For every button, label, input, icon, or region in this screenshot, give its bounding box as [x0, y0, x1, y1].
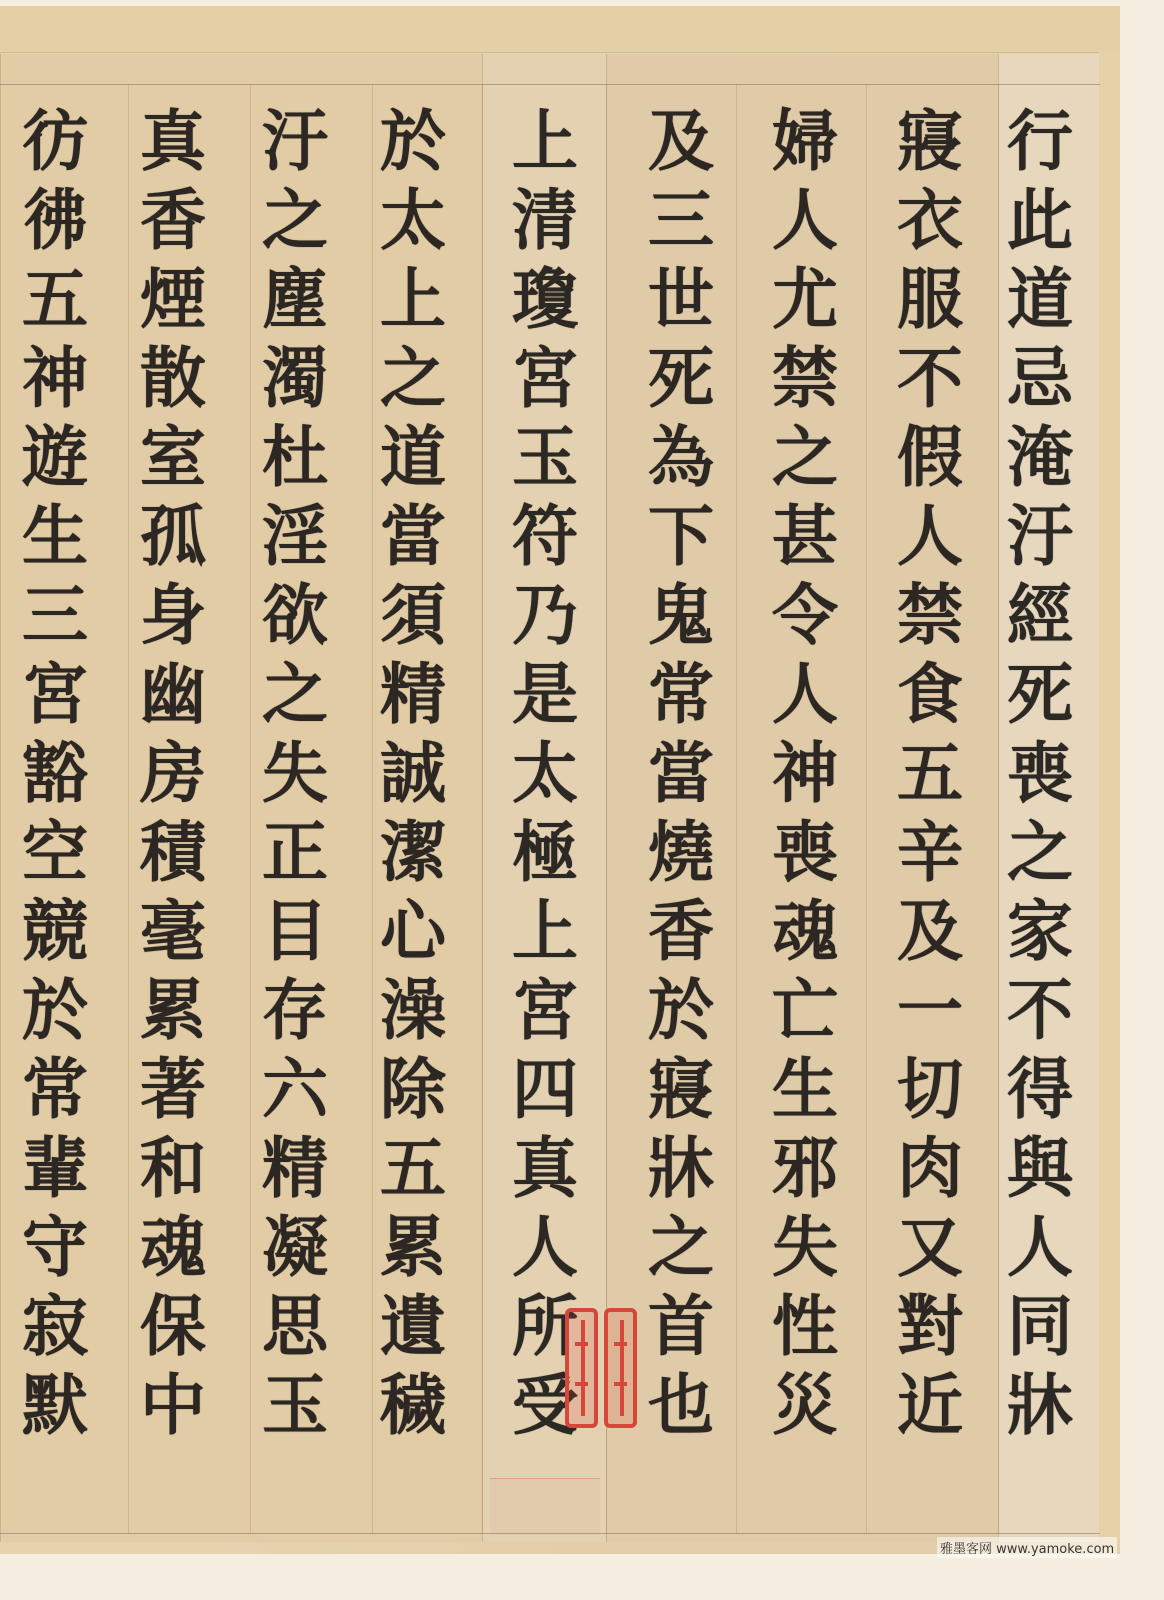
calligraphy-character: 玉 [262, 1366, 328, 1445]
calligraphy-character: 散 [140, 339, 206, 418]
calligraphy-character: 累 [380, 1208, 446, 1287]
column-divider [482, 84, 483, 1534]
calligraphy-character: 人 [1007, 1208, 1073, 1287]
calligraphy-character: 塵 [262, 260, 328, 339]
calligraphy-character: 邪 [772, 1129, 838, 1208]
calligraphy-character: 之 [1007, 813, 1073, 892]
calligraphy-character: 守 [22, 1208, 88, 1287]
calligraphy-character: 極 [512, 813, 578, 892]
calligraphy-character: 和 [140, 1129, 206, 1208]
text-column-1: 行此道忌淹汙經死喪之家不得與人同牀 [985, 102, 1095, 1445]
calligraphy-character: 存 [262, 971, 328, 1050]
calligraphy-character: 精 [262, 1129, 328, 1208]
calligraphy-character: 太 [380, 181, 446, 260]
calligraphy-character: 誠 [380, 734, 446, 813]
calligraphy-character: 除 [380, 1050, 446, 1129]
calligraphy-character: 家 [1007, 892, 1073, 971]
calligraphy-character: 首 [648, 1287, 714, 1366]
calligraphy-character: 符 [512, 497, 578, 576]
seal-left-half [565, 1308, 598, 1428]
calligraphy-character: 失 [262, 734, 328, 813]
text-column-4: 及三世死為下鬼常當燒香於寢牀之首也 [626, 102, 736, 1445]
calligraphy-character: 尤 [772, 260, 838, 339]
calligraphy-character: 香 [140, 181, 206, 260]
calligraphy-character: 魂 [772, 892, 838, 971]
calligraphy-character: 目 [262, 892, 328, 971]
calligraphy-character: 牀 [1007, 1366, 1073, 1445]
calligraphy-character: 道 [380, 418, 446, 497]
text-column-6: 於太上之道當須精誠潔心澡除五累遺穢 [358, 102, 468, 1445]
calligraphy-character: 之 [262, 655, 328, 734]
calligraphy-character: 之 [772, 418, 838, 497]
top-mount-band [0, 6, 1120, 53]
calligraphy-character: 三 [648, 181, 714, 260]
calligraphy-character: 人 [897, 497, 963, 576]
calligraphy-character: 宮 [512, 339, 578, 418]
calligraphy-character: 世 [648, 260, 714, 339]
site-watermark: 雅墨客网 www.yamoke.com [937, 1537, 1117, 1558]
calligraphy-character: 宮 [512, 971, 578, 1050]
calligraphy-character: 服 [897, 260, 963, 339]
calligraphy-character: 禁 [772, 339, 838, 418]
calligraphy-character: 是 [512, 655, 578, 734]
calligraphy-character: 清 [512, 181, 578, 260]
calligraphy-character: 欲 [262, 576, 328, 655]
calligraphy-character: 假 [897, 418, 963, 497]
calligraphy-character: 須 [380, 576, 446, 655]
calligraphy-character: 死 [1007, 655, 1073, 734]
calligraphy-character: 神 [772, 734, 838, 813]
calligraphy-character: 潔 [380, 813, 446, 892]
column-divider [866, 84, 867, 1534]
calligraphy-character: 不 [1007, 971, 1073, 1050]
calligraphy-character: 房 [140, 734, 206, 813]
calligraphy-character: 不 [897, 339, 963, 418]
calligraphy-character: 一 [897, 971, 963, 1050]
calligraphy-character: 牀 [648, 1129, 714, 1208]
calligraphy-character: 輩 [22, 1129, 88, 1208]
calligraphy-character: 及 [897, 892, 963, 971]
calligraphy-character: 真 [512, 1129, 578, 1208]
calligraphy-character: 累 [140, 971, 206, 1050]
calligraphy-character: 災 [772, 1366, 838, 1445]
calligraphy-character: 六 [262, 1050, 328, 1129]
calligraphy-character: 毫 [140, 892, 206, 971]
calligraphy-character: 此 [1007, 181, 1073, 260]
calligraphy-character: 肉 [897, 1129, 963, 1208]
text-column-8: 真香煙散室孤身幽房積毫累著和魂保中 [118, 102, 228, 1445]
calligraphy-character: 人 [512, 1208, 578, 1287]
calligraphy-character: 死 [648, 339, 714, 418]
calligraphy-character: 孤 [140, 497, 206, 576]
calligraphy-character: 經 [1007, 576, 1073, 655]
calligraphy-character: 煙 [140, 260, 206, 339]
calligraphy-character: 豁 [22, 734, 88, 813]
calligraphy-character: 宮 [22, 655, 88, 734]
calligraphy-character: 寂 [22, 1287, 88, 1366]
calligraphy-character: 默 [22, 1366, 88, 1445]
calligraphy-character: 神 [22, 339, 88, 418]
calligraphy-character: 凝 [262, 1208, 328, 1287]
calligraphy-character: 寢 [648, 1050, 714, 1129]
calligraphy-character: 精 [380, 655, 446, 734]
calligraphy-character: 杜 [262, 418, 328, 497]
calligraphy-character: 燒 [648, 813, 714, 892]
calligraphy-character: 下 [648, 497, 714, 576]
calligraphy-character: 汙 [262, 102, 328, 181]
calligraphy-character: 禁 [897, 576, 963, 655]
collector-seal [565, 1308, 637, 1428]
calligraphy-character: 室 [140, 418, 206, 497]
scroll-mount: 行此道忌淹汙經死喪之家不得與人同牀 寢衣服不假人禁食五辛及一切肉又對近 婦人尤禁… [0, 6, 1120, 1554]
calligraphy-character: 彿 [22, 181, 88, 260]
calligraphy-character: 近 [897, 1366, 963, 1445]
calligraphy-character: 對 [897, 1287, 963, 1366]
text-column-3: 婦人尤禁之甚令人神喪魂亡生邪失性災 [750, 102, 860, 1445]
calligraphy-character: 淹 [1007, 418, 1073, 497]
calligraphy-character: 幽 [140, 655, 206, 734]
calligraphy-character: 著 [140, 1050, 206, 1129]
calligraphy-character: 思 [262, 1287, 328, 1366]
calligraphy-character: 中 [140, 1366, 206, 1445]
calligraphy-character: 當 [648, 734, 714, 813]
calligraphy-character: 正 [262, 813, 328, 892]
calligraphy-character: 四 [512, 1050, 578, 1129]
text-column-2: 寢衣服不假人禁食五辛及一切肉又對近 [875, 102, 985, 1445]
calligraphy-character: 積 [140, 813, 206, 892]
calligraphy-character: 常 [648, 655, 714, 734]
calligraphy-character: 汙 [1007, 497, 1073, 576]
calligraphy-character: 五 [897, 734, 963, 813]
seal-right-half [604, 1308, 637, 1428]
calligraphy-character: 澡 [380, 971, 446, 1050]
calligraphy-character: 之 [262, 181, 328, 260]
calligraphy-character: 濁 [262, 339, 328, 418]
calligraphy-character: 之 [648, 1208, 714, 1287]
calligraphy-character: 魂 [140, 1208, 206, 1287]
calligraphy-character: 遊 [22, 418, 88, 497]
calligraphy-character: 鬼 [648, 576, 714, 655]
calligraphy-character: 當 [380, 497, 446, 576]
calligraphy-character: 生 [772, 1050, 838, 1129]
calligraphy-character: 寢 [897, 102, 963, 181]
calligraphy-character: 得 [1007, 1050, 1073, 1129]
calligraphy-character: 婦 [772, 102, 838, 181]
calligraphy-character: 彷 [22, 102, 88, 181]
calligraphy-character: 亡 [772, 971, 838, 1050]
calligraphy-character: 上 [380, 260, 446, 339]
calligraphy-character: 穢 [380, 1366, 446, 1445]
calligraphy-character: 五 [22, 260, 88, 339]
calligraphy-character: 於 [648, 971, 714, 1050]
text-column-7: 汙之塵濁杜淫欲之失正目存六精凝思玉 [240, 102, 350, 1445]
calligraphy-character: 食 [897, 655, 963, 734]
calligraphy-character: 上 [512, 102, 578, 181]
column-divider [736, 84, 737, 1534]
calligraphy-character: 人 [772, 181, 838, 260]
calligraphy-character: 行 [1007, 102, 1073, 181]
calligraphy-character: 辛 [897, 813, 963, 892]
calligraphy-character: 常 [22, 1050, 88, 1129]
calligraphy-character: 生 [22, 497, 88, 576]
calligraphy-character: 遺 [380, 1287, 446, 1366]
calligraphy-character: 心 [380, 892, 446, 971]
calligraphy-character: 為 [648, 418, 714, 497]
calligraphy-character: 上 [512, 892, 578, 971]
calligraphy-character: 身 [140, 576, 206, 655]
manuscript-page: 行此道忌淹汙經死喪之家不得與人同牀 寢衣服不假人禁食五辛及一切肉又對近 婦人尤禁… [0, 0, 1164, 1600]
calligraphy-character: 甚 [772, 497, 838, 576]
calligraphy-character: 瓊 [512, 260, 578, 339]
calligraphy-character: 喪 [1007, 734, 1073, 813]
calligraphy-character: 乃 [512, 576, 578, 655]
calligraphy-character: 喪 [772, 813, 838, 892]
calligraphy-character: 令 [772, 576, 838, 655]
calligraphy-character: 玉 [512, 418, 578, 497]
calligraphy-character: 淫 [262, 497, 328, 576]
calligraphy-character: 性 [772, 1287, 838, 1366]
calligraphy-character: 與 [1007, 1129, 1073, 1208]
calligraphy-character: 之 [380, 339, 446, 418]
calligraphy-character: 人 [772, 655, 838, 734]
calligraphy-character: 同 [1007, 1287, 1073, 1366]
calligraphy-character: 又 [897, 1208, 963, 1287]
right-mount-margin [1098, 52, 1120, 1554]
calligraphy-character: 保 [140, 1287, 206, 1366]
calligraphy-character: 香 [648, 892, 714, 971]
top-ruled-line [0, 84, 1100, 85]
calligraphy-character: 衣 [897, 181, 963, 260]
calligraphy-character: 三 [22, 576, 88, 655]
calligraphy-character: 忌 [1007, 339, 1073, 418]
calligraphy-character: 及 [648, 102, 714, 181]
text-column-5: 上清瓊宮玉符乃是太極上宮四真人所受 [490, 102, 600, 1445]
calligraphy-character: 於 [22, 971, 88, 1050]
text-column-9: 彷彿五神遊生三宮豁空競於常輩守寂默 [0, 102, 110, 1445]
calligraphy-character: 於 [380, 102, 446, 181]
faint-seal-impression [490, 1478, 600, 1535]
calligraphy-character: 真 [140, 102, 206, 181]
calligraphy-character: 失 [772, 1208, 838, 1287]
calligraphy-character: 切 [897, 1050, 963, 1129]
calligraphy-character: 競 [22, 892, 88, 971]
calligraphy-character: 道 [1007, 260, 1073, 339]
calligraphy-character: 也 [648, 1366, 714, 1445]
calligraphy-character: 太 [512, 734, 578, 813]
calligraphy-character: 空 [22, 813, 88, 892]
calligraphy-character: 五 [380, 1129, 446, 1208]
